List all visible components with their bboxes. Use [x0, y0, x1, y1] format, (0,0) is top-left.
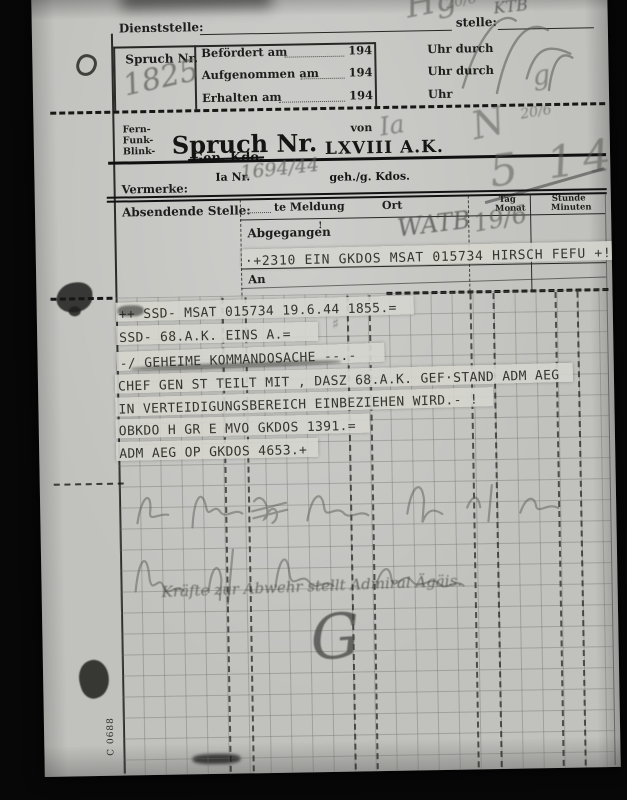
aufgenommen-unit: Uhr durch	[427, 63, 494, 78]
von-label: von	[350, 121, 372, 134]
erhalten-year: 194	[349, 88, 373, 102]
befoerdert-label: Befördert am	[201, 45, 287, 61]
document-photo: Dienststelle: stelle: Hg 20/6 KTB g Spru…	[0, 0, 627, 800]
aufgenommen-label: Aufgenommen am	[202, 66, 319, 82]
vermerke-label: Vermerke:	[121, 181, 188, 196]
aufgenommen-fill	[301, 77, 345, 80]
typed-line-7: ADM AEG OP GKDOS 4653.+	[116, 438, 318, 461]
typed-line-1-blot	[118, 305, 144, 317]
erhalten-unit: Uhr	[428, 87, 453, 101]
aufgenommen-year: 194	[348, 65, 372, 79]
pencil-g-mark: g	[531, 59, 552, 92]
dashed-separator-margin	[50, 297, 112, 301]
dienststelle-label: Dienststelle:	[119, 20, 204, 35]
pencil-ia-mark: Ia	[377, 109, 406, 142]
spruch-box-left	[113, 47, 116, 111]
an-label: An	[248, 272, 266, 286]
an-underline	[241, 277, 606, 289]
dashed-margin-mid	[54, 483, 124, 486]
header-fields-divider	[374, 42, 377, 106]
dienststelle-fill-line	[200, 30, 452, 35]
absendende-label: Absendende Stelle:	[122, 203, 251, 219]
mode-fern: Fern-	[122, 125, 150, 134]
pencil-signature: G	[308, 598, 363, 674]
meldung-header: te Meldung	[274, 200, 345, 214]
pencil-date-value: 19/6	[471, 200, 529, 238]
erhalten-label: Erhalten am	[202, 90, 282, 105]
ink-blot-upper-tail	[69, 306, 81, 316]
befoerdert-fill	[284, 55, 344, 58]
pencil-n-date: 20/6	[519, 102, 553, 123]
smudge-top-left	[121, 0, 271, 10]
punch-hole	[73, 51, 99, 78]
ort-header: Ort	[382, 199, 403, 212]
geh-kdos-stamp: geh./g. Kdos.	[329, 170, 410, 184]
pencil-ort-value: WATB	[396, 206, 472, 243]
ink-blot-lower	[74, 657, 113, 702]
minuten-header: Minuten	[551, 203, 592, 213]
befoerdert-unit: Uhr durch	[427, 41, 494, 56]
abgegangen-mark: !	[318, 221, 322, 231]
form-number: C 0688	[105, 698, 116, 756]
meldung-blank	[247, 211, 271, 213]
befoerdert-year: 194	[348, 43, 372, 57]
typed-line-2: SSD- 68.A.K. EINS A.=	[116, 322, 318, 345]
mode-funk: Funk-	[123, 136, 154, 146]
pencil-hash-mark: ♯	[332, 315, 340, 333]
mode-blink: Blink-	[123, 147, 155, 157]
erhalten-fill	[279, 100, 345, 103]
message-form-page: Dienststelle: stelle: Hg 20/6 KTB g Spru…	[31, 0, 621, 777]
